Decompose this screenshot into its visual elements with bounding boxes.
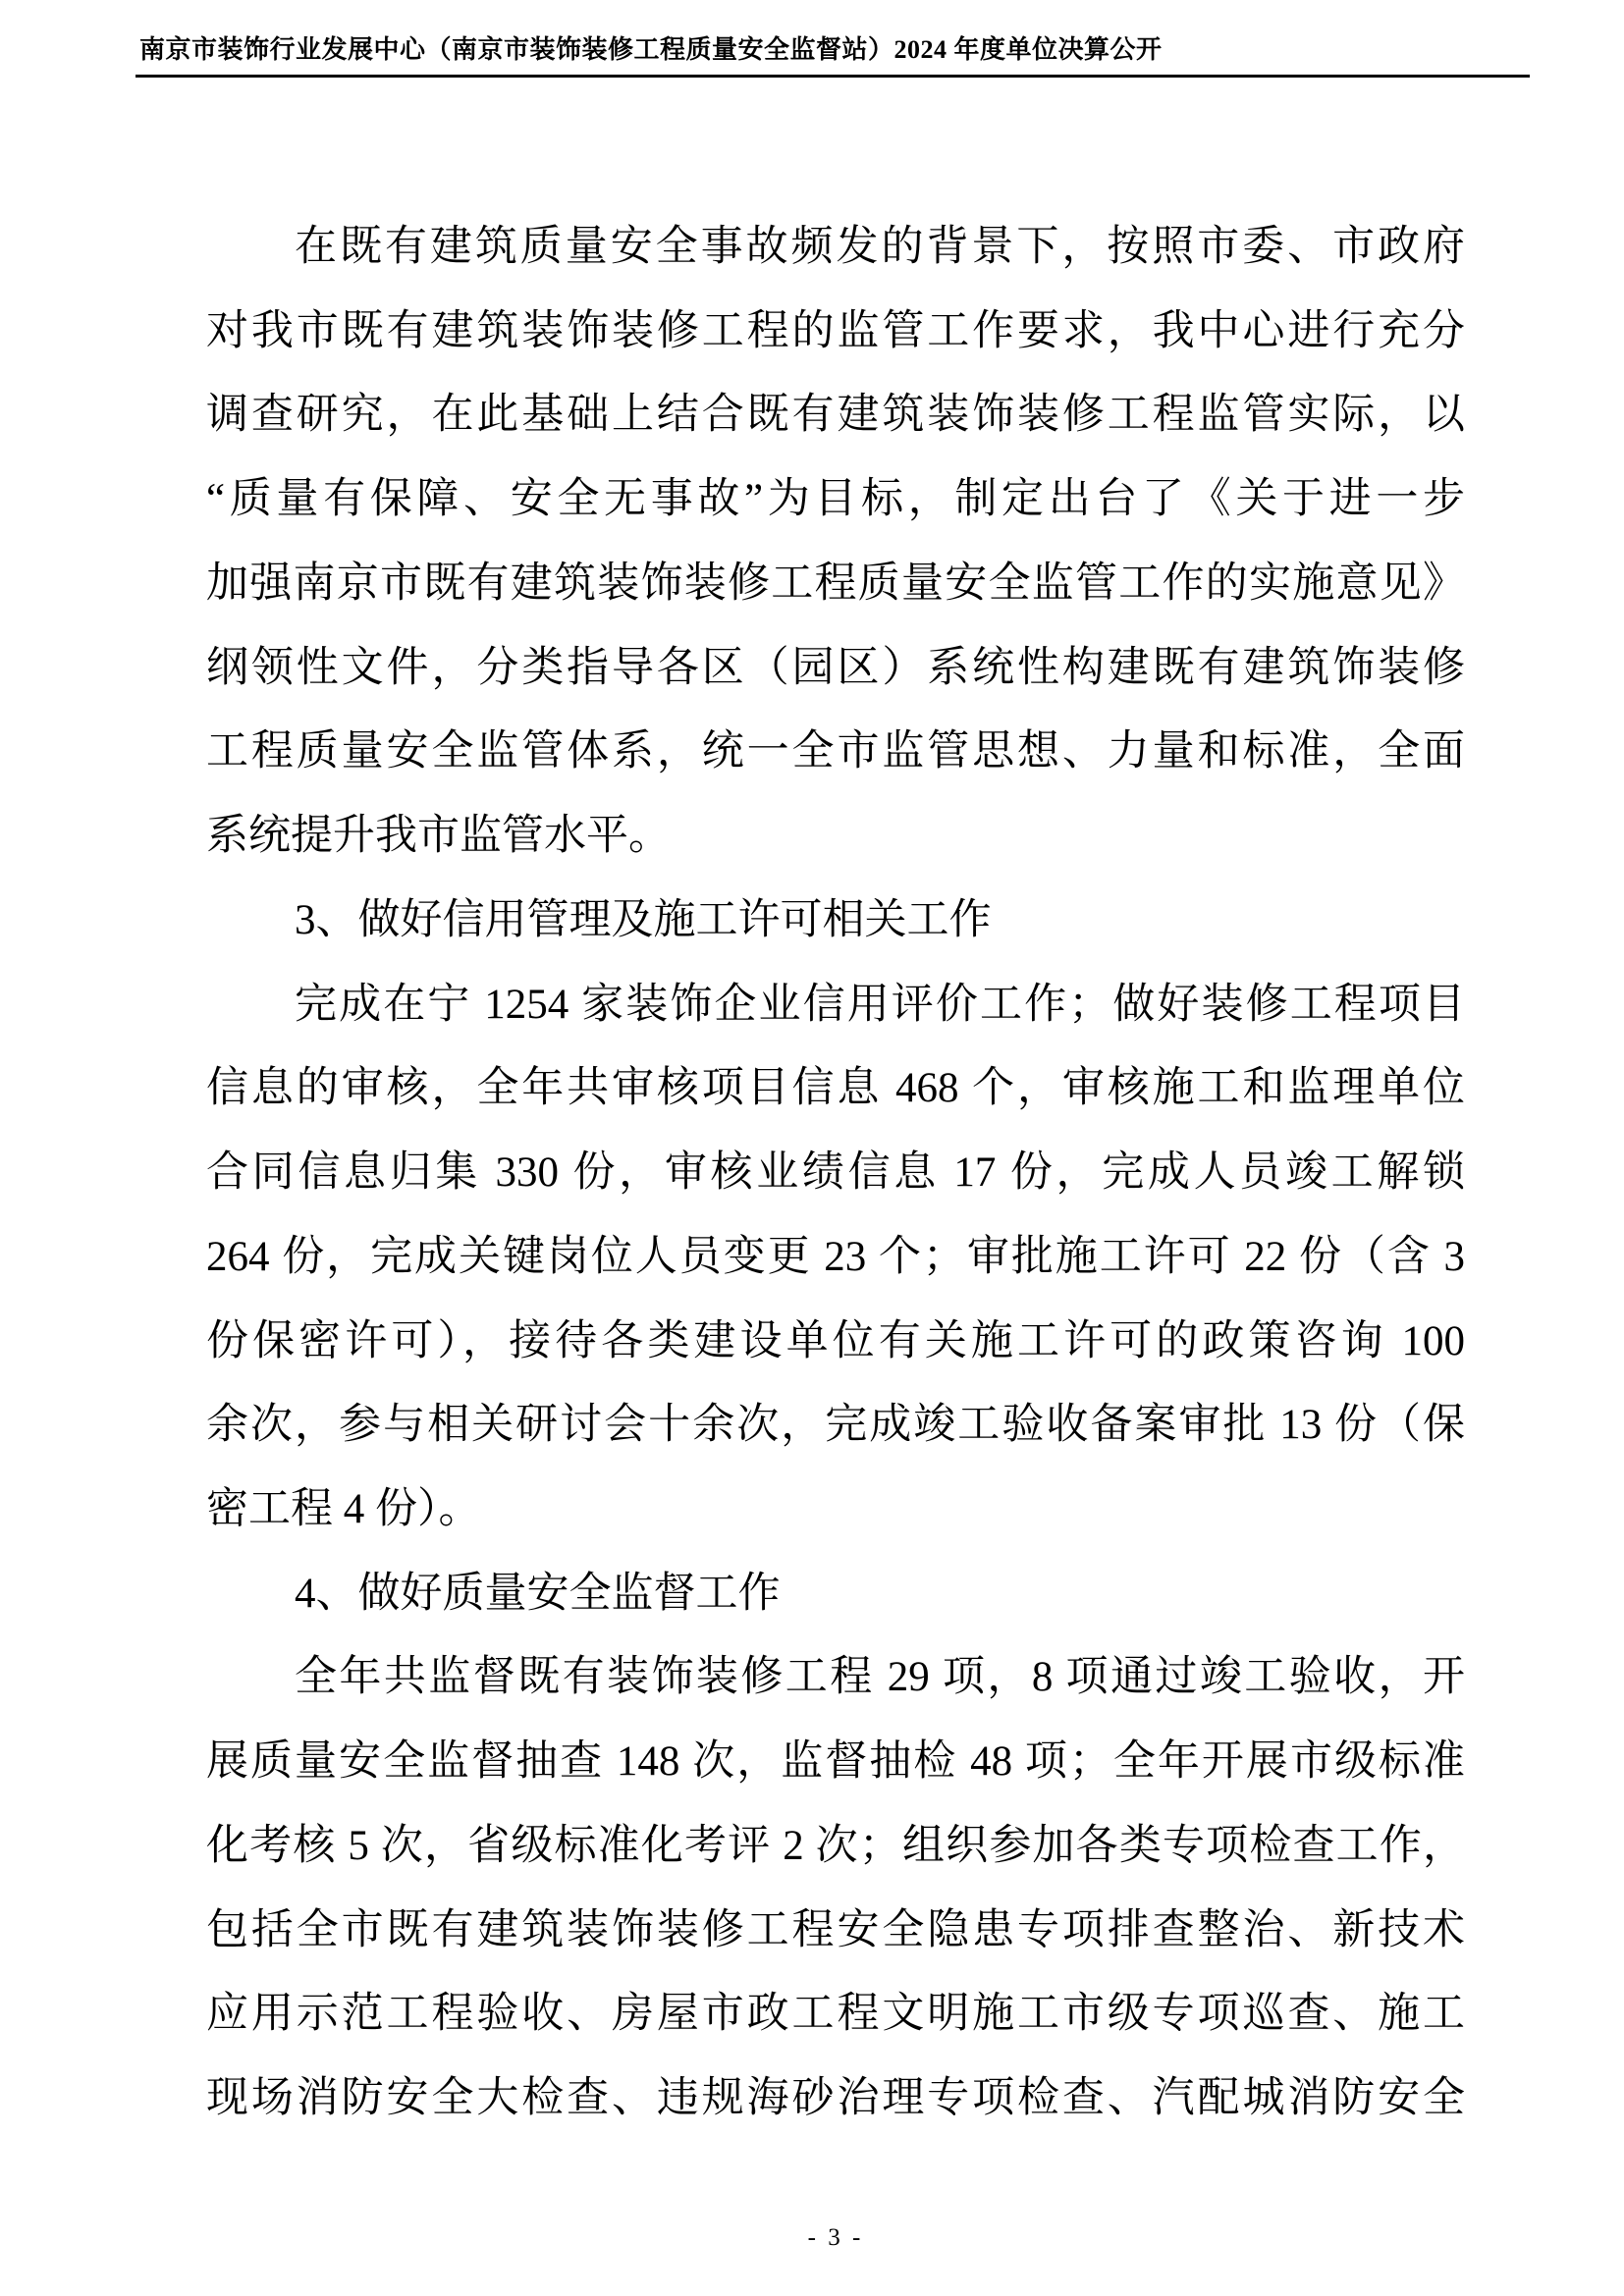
text-line: 工程质量安全监管体系，统一全市监管思想、力量和标准，全面	[206, 710, 1465, 794]
text-line: 信息的审核，全年共审核项目信息 468 个，审核施工和监理单位	[206, 1046, 1465, 1131]
header-rule	[135, 75, 1530, 78]
text-line: 在既有建筑质量安全事故频发的背景下，按照市委、市政府	[206, 205, 1465, 290]
text-line: 加强南京市既有建筑装饰装修工程质量安全监管工作的实施意见》	[206, 542, 1465, 626]
text-line: 3、做好信用管理及施工许可相关工作	[206, 879, 1465, 963]
text-line: 调查研究，在此基础上结合既有建筑装饰装修工程监管实际，以	[206, 373, 1465, 457]
text-line: 4、做好质量安全监督工作	[206, 1552, 1465, 1636]
text-line: 完成在宁 1254 家装饰企业信用评价工作；做好装修工程项目	[206, 963, 1465, 1047]
text-line: 系统提升我市监管水平。	[206, 794, 1465, 879]
text-line: 264 份，完成关键岗位人员变更 23 个；审批施工许可 22 份（含 3	[206, 1215, 1465, 1300]
text-line: 余次，参与相关研讨会十余次，完成竣工验收备案审批 13 份（保	[206, 1383, 1465, 1468]
text-line: 密工程 4 份）。	[206, 1468, 1465, 1552]
document-page: 南京市装饰行业发展中心（南京市装饰装修工程质量安全监督站）2024 年度单位决算…	[0, 0, 1624, 2296]
text-line: 应用示范工程验收、房屋市政工程文明施工市级专项巡查、施工	[206, 1972, 1465, 2056]
text-line: 合同信息归集 330 份，审核业绩信息 17 份，完成人员竣工解锁	[206, 1131, 1465, 1215]
text-line: 现场消防安全大检查、违规海砂治理专项检查、汽配城消防安全	[206, 2056, 1465, 2141]
text-line: 纲领性文件，分类指导各区（园区）系统性构建既有建筑饰装修	[206, 626, 1465, 711]
text-line: 展质量安全监督抽查 148 次，监督抽检 48 项；全年开展市级标准	[206, 1720, 1465, 1804]
document-body: 在既有建筑质量安全事故频发的背景下，按照市委、市政府对我市既有建筑装饰装修工程的…	[206, 205, 1465, 2141]
text-line: 包括全市既有建筑装饰装修工程安全隐患专项排查整治、新技术	[206, 1889, 1465, 1973]
text-line: 全年共监督既有装饰装修工程 29 项，8 项通过竣工验收，开	[206, 1635, 1465, 1720]
text-line: 对我市既有建筑装饰装修工程的监管工作要求，我中心进行充分	[206, 290, 1465, 374]
text-line: “质量有保障、安全无事故”为目标，制定出台了《关于进一步	[206, 457, 1465, 542]
text-line: 化考核 5 次，省级标准化考评 2 次；组织参加各类专项检查工作，	[206, 1804, 1465, 1889]
text-line: 份保密许可），接待各类建设单位有关施工许可的政策咨询 100	[206, 1300, 1465, 1384]
page-number: - 3 -	[206, 2220, 1465, 2256]
page-header-title: 南京市装饰行业发展中心（南京市装饰装修工程质量安全监督站）2024 年度单位决算…	[139, 29, 1163, 66]
